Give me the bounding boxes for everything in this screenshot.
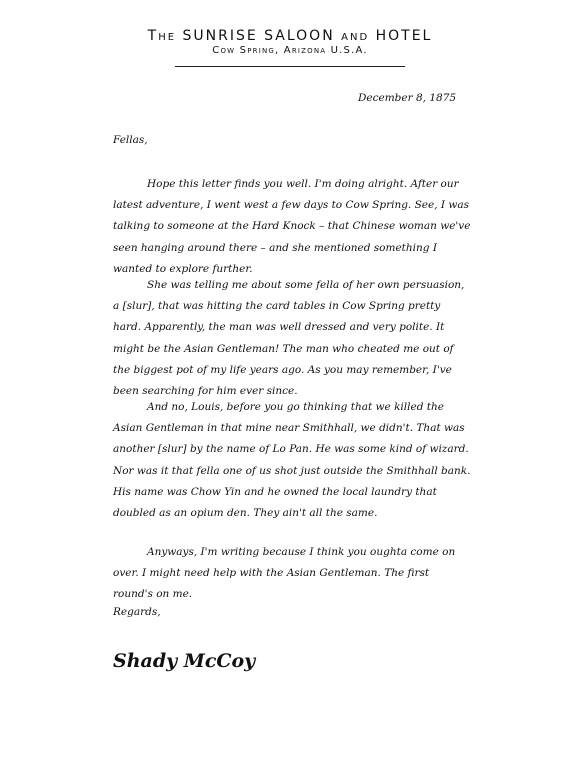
letterhead: The SUNRISE SALOON and HOTEL Cow Spring,… bbox=[0, 28, 580, 67]
paragraph-text: Anyways, I'm writing because I think you… bbox=[113, 546, 455, 600]
paragraph-text: And no, Louis, before you go thinking th… bbox=[113, 401, 471, 519]
letter-paragraph: Hope this letter finds you well. I'm doi… bbox=[113, 174, 471, 280]
letterhead-title: The SUNRISE SALOON and HOTEL bbox=[0, 28, 580, 44]
letter-signature: Shady McCoy bbox=[113, 650, 255, 672]
letter-paragraph: Anyways, I'm writing because I think you… bbox=[113, 542, 471, 606]
paragraph-text: Hope this letter finds you well. I'm doi… bbox=[113, 178, 470, 275]
letter-closing: Regards, bbox=[113, 606, 161, 618]
paragraph-text: She was telling me about some fella of h… bbox=[113, 279, 464, 397]
letter-salutation: Fellas, bbox=[113, 134, 148, 146]
letter-date: December 8, 1875 bbox=[358, 92, 456, 104]
letterhead-divider bbox=[175, 66, 405, 67]
letter-paragraph: And no, Louis, before you go thinking th… bbox=[113, 397, 471, 524]
letter-paragraph: She was telling me about some fella of h… bbox=[113, 275, 471, 402]
letterhead-subtitle: Cow Spring, Arizona U.S.A. bbox=[0, 45, 580, 56]
